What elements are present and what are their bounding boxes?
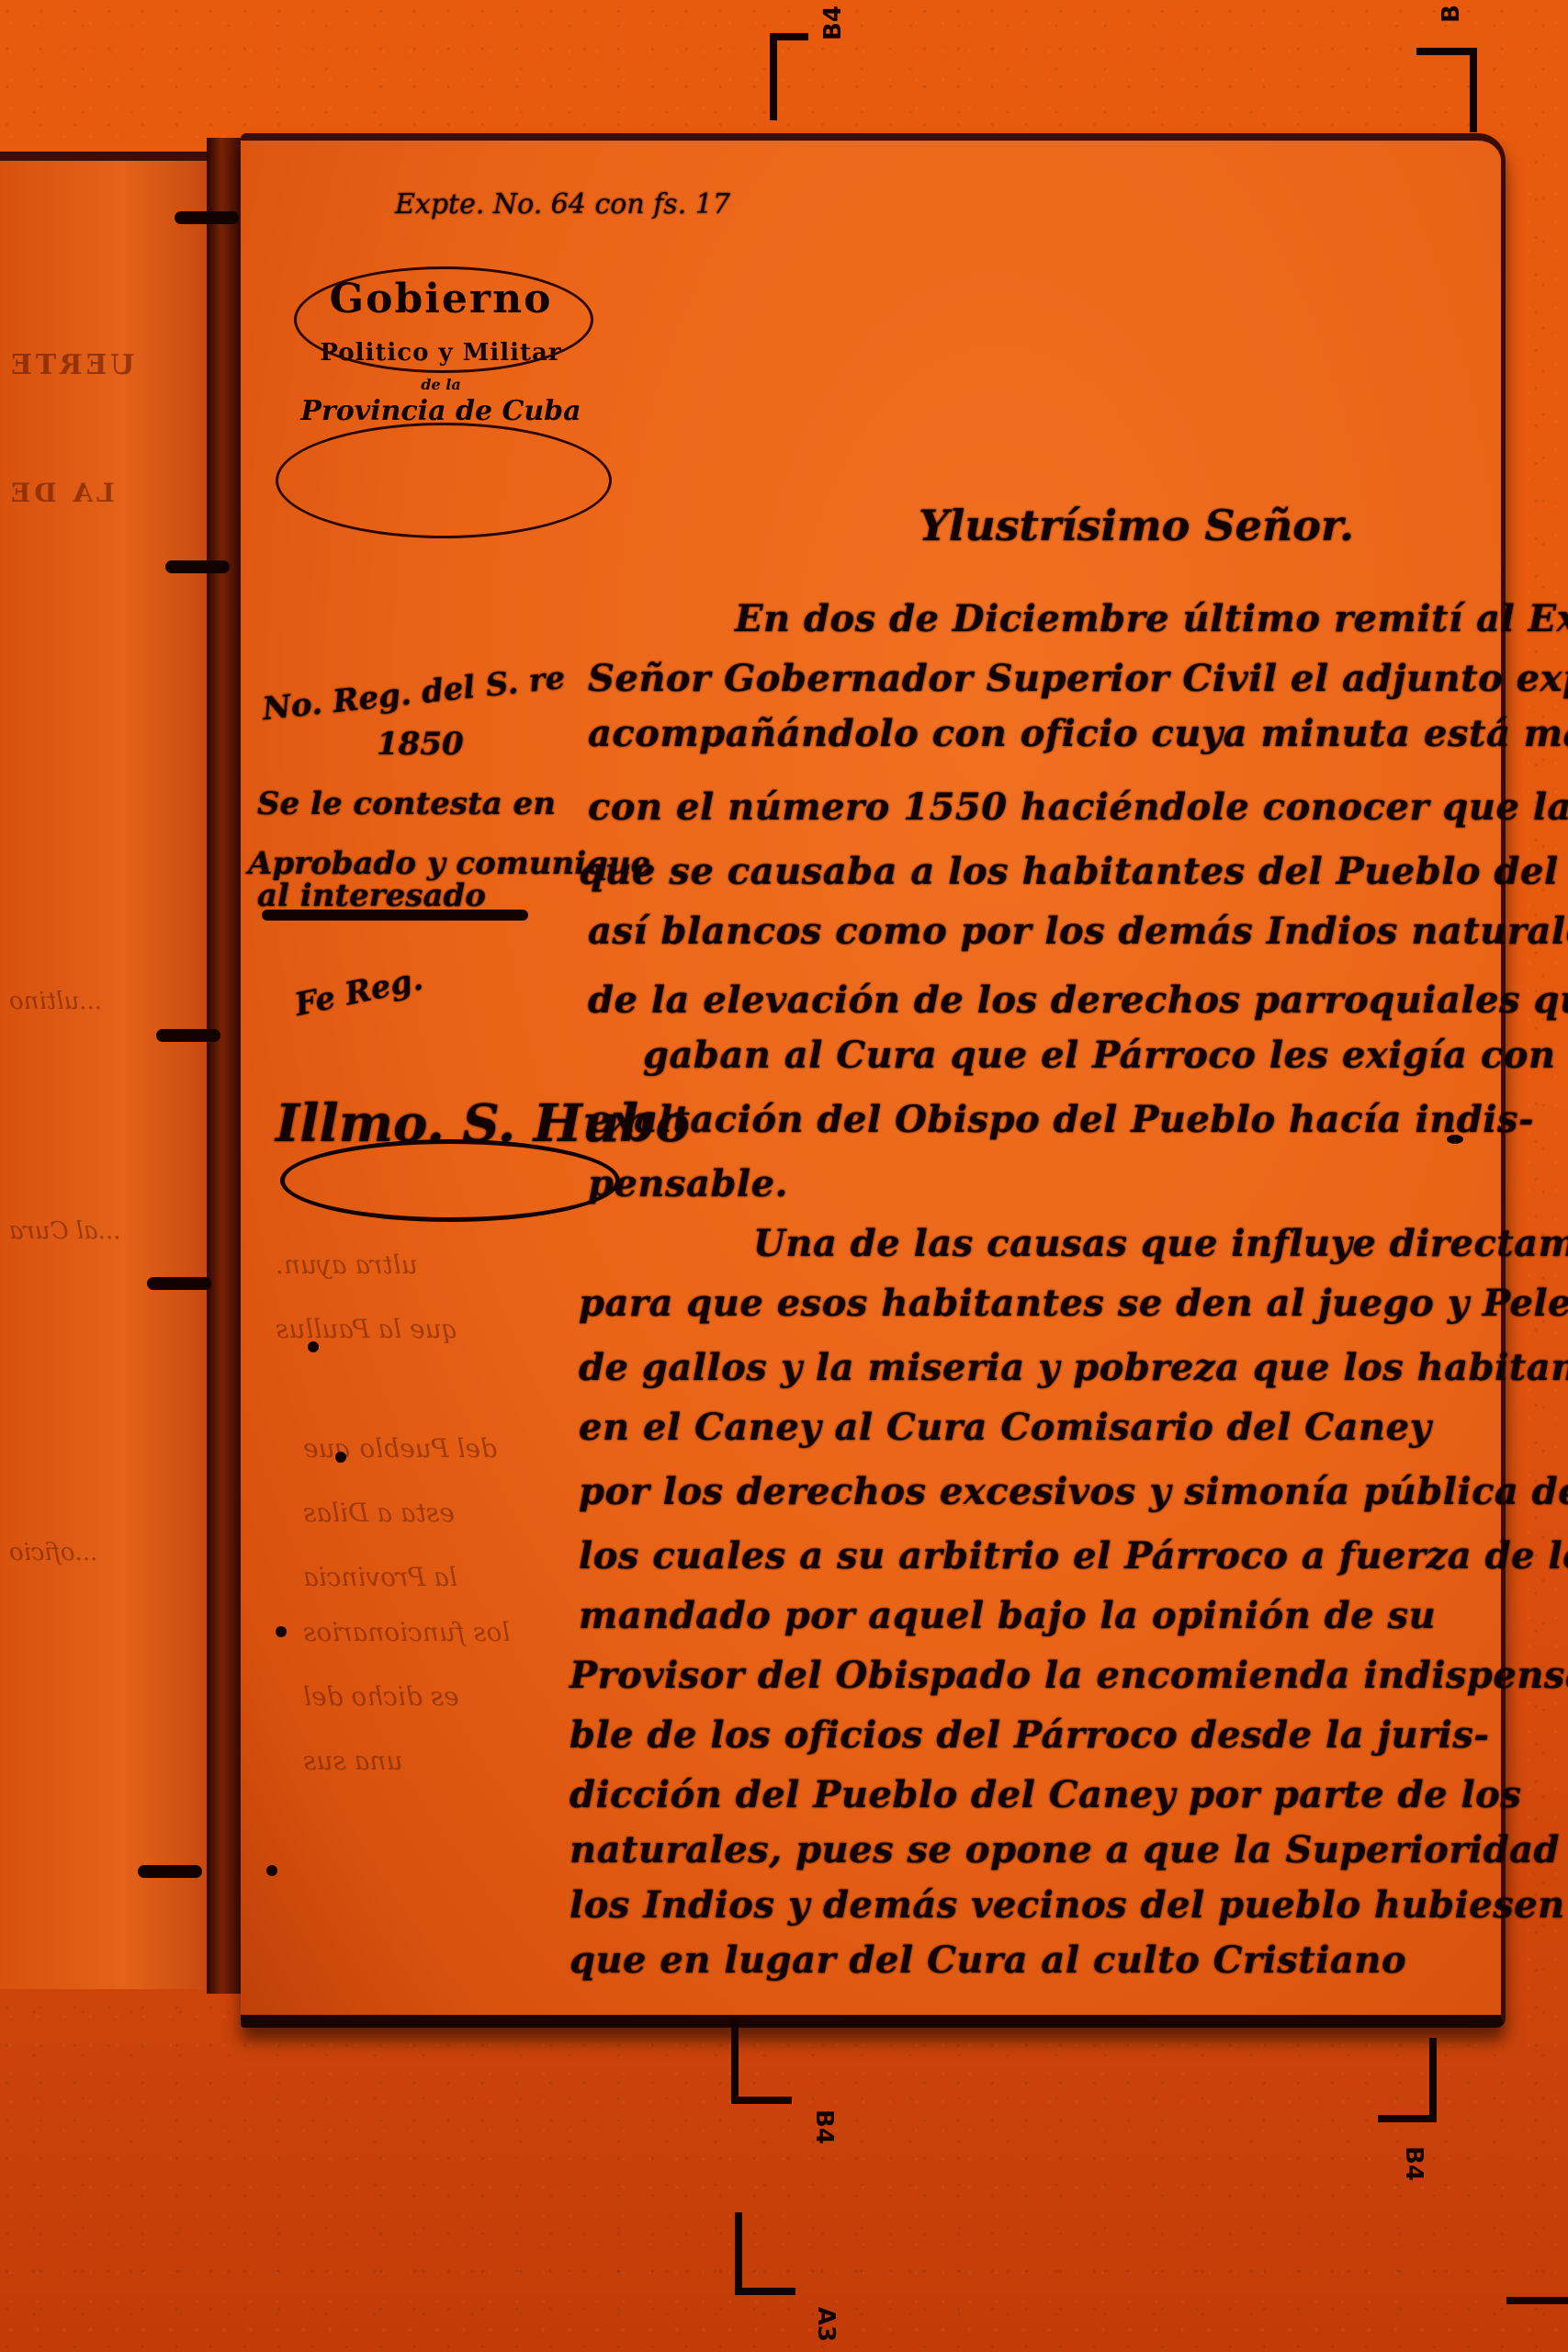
signature-flourish: [280, 1139, 620, 1222]
binding-stitch: [175, 211, 239, 224]
left-page-print-line: UERTE: [7, 349, 135, 381]
crop-label-bottom-left: B4: [810, 2109, 838, 2144]
body-line: naturales, pues se opone a que la Superi…: [570, 1828, 1560, 1871]
letterhead-connector: de la: [276, 376, 606, 393]
ink-dot: [266, 1865, 277, 1876]
body-line: exaltación del Obispo del Pueblo hacía i…: [588, 1098, 1534, 1141]
body-line: acompañándolo con oficio cuya minuta est…: [588, 712, 1568, 755]
bleed-through-text: la Provincia: [303, 1562, 457, 1592]
bleed-through-text: esta a Dilas: [303, 1498, 455, 1528]
margin-note: 1850: [377, 726, 464, 763]
bleed-through-text: es dicho del: [303, 1681, 459, 1712]
bleed-through-text: una sus: [303, 1746, 402, 1776]
body-line: de gallos y la miseria y pobreza que los…: [579, 1346, 1568, 1389]
body-line: de la elevación de los derechos parroqui…: [588, 978, 1568, 1022]
file-reference-note: Expte. No. 64 con fs. 17: [395, 188, 730, 220]
ink-dot: [276, 1626, 287, 1637]
binding-stitch: [138, 1865, 202, 1878]
salutation: Ylustrísimo Señor.: [919, 501, 1354, 550]
letterhead-flourish: [294, 266, 593, 373]
body-line: por los derechos excesivos y simonía púb…: [579, 1470, 1568, 1513]
body-line: los Indios y demás vecinos del pueblo hu…: [570, 1883, 1565, 1927]
bleed-through-text: los funcionarios: [303, 1617, 510, 1647]
body-line: con el número 1550 haciéndole conocer qu…: [588, 786, 1568, 829]
left-page-bleed-line: ...ultino: [9, 988, 102, 1015]
ink-dot: [308, 1341, 319, 1352]
crop-mark-top-right: [1470, 48, 1477, 132]
body-line: que en lugar del Cura al culto Cristiano: [570, 1939, 1406, 1982]
crop-mark-lower-right: [1506, 2297, 1568, 2304]
body-line: en el Caney al Cura Comisario del Caney: [579, 1406, 1431, 1449]
bleed-through-text: del Pueblo que: [303, 1433, 497, 1464]
crop-mark-bottom-left: [731, 2019, 739, 2104]
book-binding: [207, 138, 243, 1994]
bleed-through-text: que la Paullus: [276, 1314, 458, 1344]
bleed-through-text: ultra ayun.: [276, 1249, 418, 1280]
ink-dot: [1447, 1135, 1463, 1144]
body-line: Señor Gobernador Superior Civil el adjun…: [588, 657, 1568, 700]
letterhead-flourish: [276, 423, 612, 538]
crop-mark-lower-left: [735, 2212, 742, 2295]
body-line: para que esos habitantes se den al juego…: [579, 1282, 1568, 1325]
letterhead-stamp: Gobierno Politico y Militar de la Provin…: [276, 276, 606, 533]
body-line: que se causaba a los habitantes del Pueb…: [579, 850, 1568, 893]
ink-dot: [335, 1452, 346, 1463]
crop-label-top: B4: [819, 6, 847, 40]
body-line: los cuales a su arbitrio el Párroco a fu…: [579, 1534, 1568, 1577]
body-line: ble de los oficios del Párroco desde la …: [570, 1713, 1489, 1757]
left-page-print-line: LA DE: [7, 478, 115, 508]
crop-label-bottom-right: B4: [1400, 2146, 1427, 2181]
crop-mark-bottom-left: [731, 2097, 792, 2104]
crop-mark-bottom-right: [1429, 2038, 1437, 2122]
crop-mark-top-left: [770, 33, 777, 120]
body-line: En dos de Diciembre último remití al Exc…: [735, 597, 1568, 640]
binding-stitch: [156, 1029, 220, 1042]
crop-label-bottom: A3: [812, 2307, 840, 2342]
body-line: mandado por aquel bajo la opinión de su: [579, 1594, 1436, 1637]
body-line: Una de las causas que influye directamen…: [753, 1222, 1568, 1265]
margin-strikethrough: [262, 910, 528, 921]
binding-stitch: [147, 1277, 211, 1290]
body-line: gaban al Cura que el Párroco les exigía …: [643, 1034, 1568, 1077]
left-page-bleed-line: ...al Cura: [9, 1217, 120, 1245]
body-line: Provisor del Obispado la encomienda indi…: [570, 1654, 1568, 1697]
left-page-bleed-line: ...oficio: [9, 1539, 97, 1566]
binding-stitch: [165, 560, 230, 573]
crop-label-top-right: B: [1438, 5, 1465, 23]
body-line: pensable.: [588, 1162, 788, 1205]
body-line: dicción del Pueblo del Caney por parte d…: [570, 1773, 1521, 1816]
margin-note: al interesado: [257, 877, 486, 914]
crop-mark-bottom-right: [1378, 2115, 1437, 2122]
margin-note: Se le contesta en: [257, 786, 556, 822]
body-line: así blancos como por los demás Indios na…: [588, 910, 1568, 953]
crop-mark-top-left: [770, 33, 808, 40]
crop-mark-lower-left: [735, 2288, 795, 2295]
crop-mark-top-right: [1416, 48, 1477, 55]
left-page-fragment: UERTE LA DE ...ultino ...al Cura ...ofic…: [0, 152, 212, 1989]
